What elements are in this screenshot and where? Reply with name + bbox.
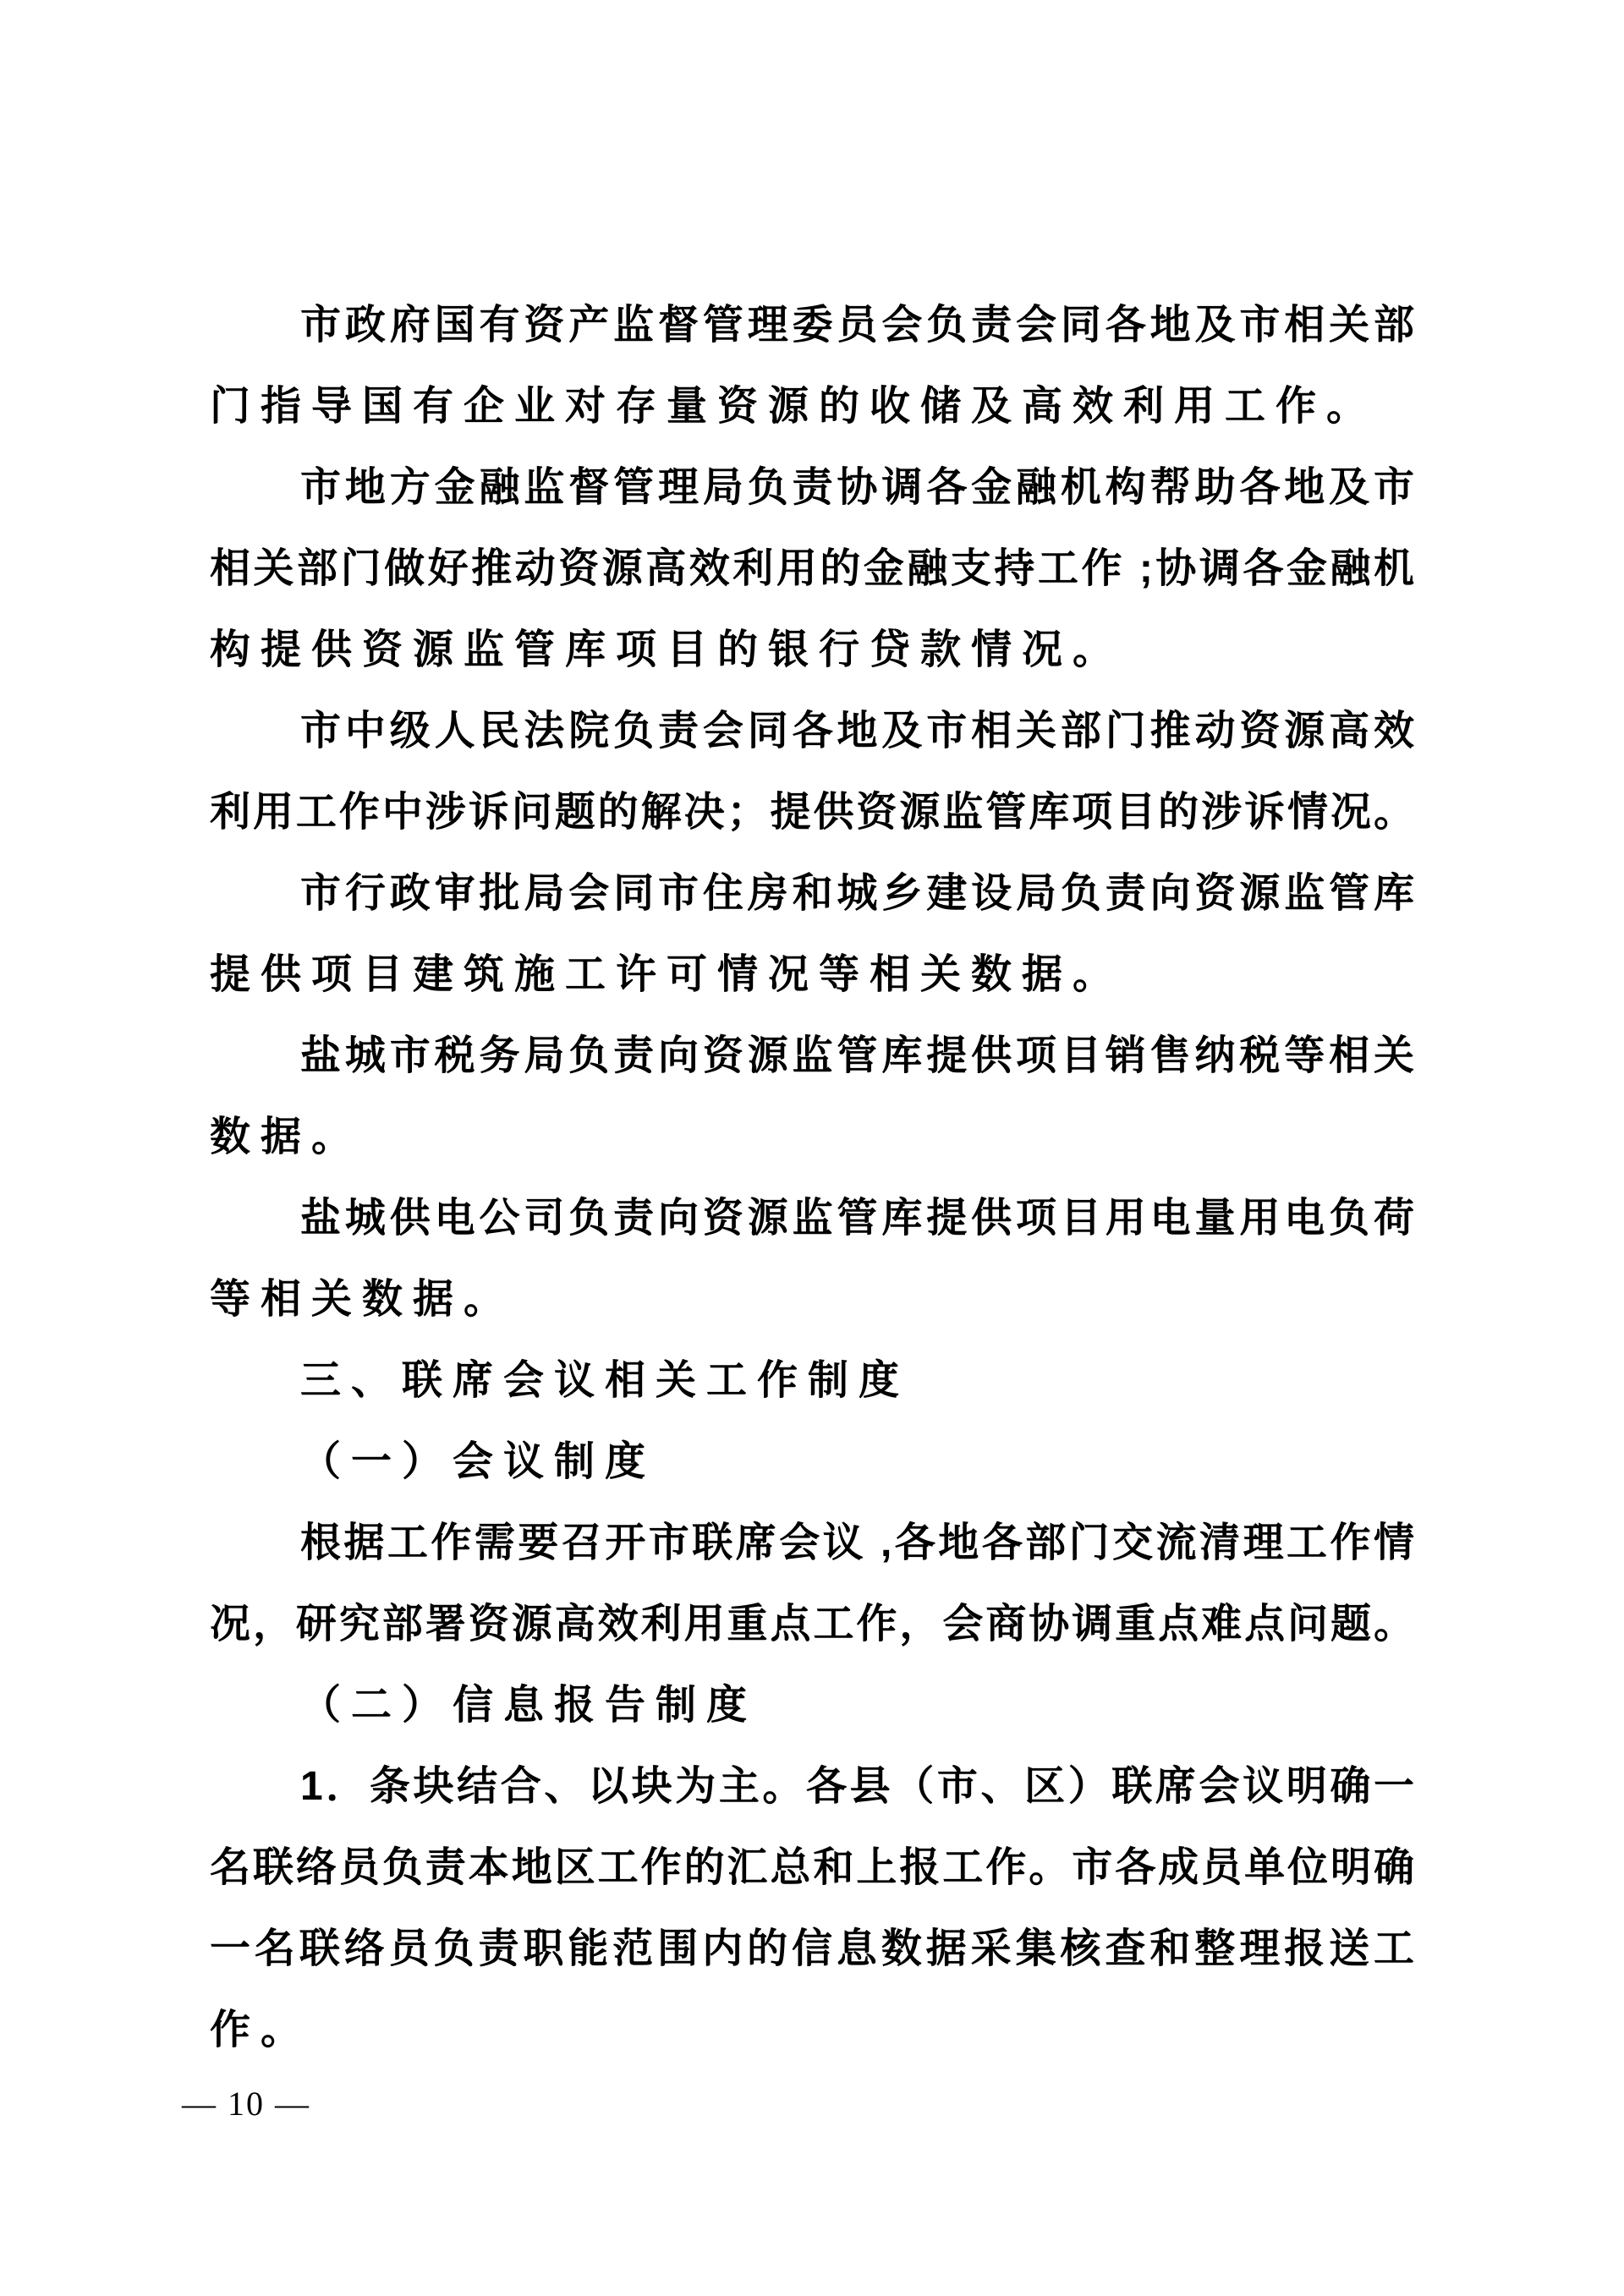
- text-line: 提供项目建筑施工许可情况等相关数据。: [210, 934, 1414, 1016]
- text-line: 市政府国有资产监督管理委员会负责会同各地及市相关部: [210, 285, 1414, 366]
- text-line: 市行政审批局会同市住房和城乡建设局负责向资源监管库: [210, 853, 1414, 934]
- text-line: 况，研究部署资源高效利用重点工作，会商协调重点难点问题。: [210, 1584, 1414, 1665]
- text-line: 构提供资源监管库项目的银行贷款情况。: [210, 610, 1414, 691]
- text-line: 作。: [210, 1990, 1414, 2071]
- text-line: 根据工作需要召开市联席会议 ,各地各部门交流清理工作情: [210, 1503, 1414, 1584]
- text-line: 名联络员负责本地区工作的汇总和上报工作。市各成员单位明确: [210, 1827, 1414, 1909]
- page-number: — 10 —: [182, 2081, 1414, 2127]
- text-line: 门指导国有企业对存量资源的收储及高效利用工作。: [210, 366, 1414, 447]
- document-page: 市政府国有资产监督管理委员会负责会同各地及市相关部 门指导国有企业对存量资源的收…: [0, 0, 1624, 2296]
- text-line: 盐城市税务局负责向资源监管库提供项目销售纳税等相关: [210, 1016, 1414, 1097]
- text-line: 等相关数据。: [210, 1259, 1414, 1340]
- text-line: 一名联络员负责职能范围内的信息数据采集核查和整理报送工: [210, 1909, 1414, 1990]
- text-line: 1．条块结合、以块为主。各县（市、区）联席会议明确一: [210, 1746, 1414, 1827]
- section-heading: 三、联席会议相关工作制度: [210, 1340, 1414, 1422]
- text-line: 盐城供电公司负责向资源监管库提供项目用电量用电负荷: [210, 1178, 1414, 1259]
- subsection-heading: （二）信息报告制度: [210, 1665, 1414, 1746]
- subsection-heading: （一）会议制度: [210, 1422, 1414, 1503]
- text-line: 相关部门做好推动资源高效利用的金融支持工作 ;协调各金融机: [210, 529, 1414, 610]
- text-line: 利用工作中涉诉问题的解决；提供资源监管库项目的涉诉情况。: [210, 772, 1414, 853]
- text-line: 数据。: [210, 1097, 1414, 1178]
- text-line: 市地方金融监督管理局负责协调各金融机构帮助各地及市: [210, 447, 1414, 529]
- text-line: 市中级人民法院负责会同各地及市相关部门推动资源高效: [210, 691, 1414, 772]
